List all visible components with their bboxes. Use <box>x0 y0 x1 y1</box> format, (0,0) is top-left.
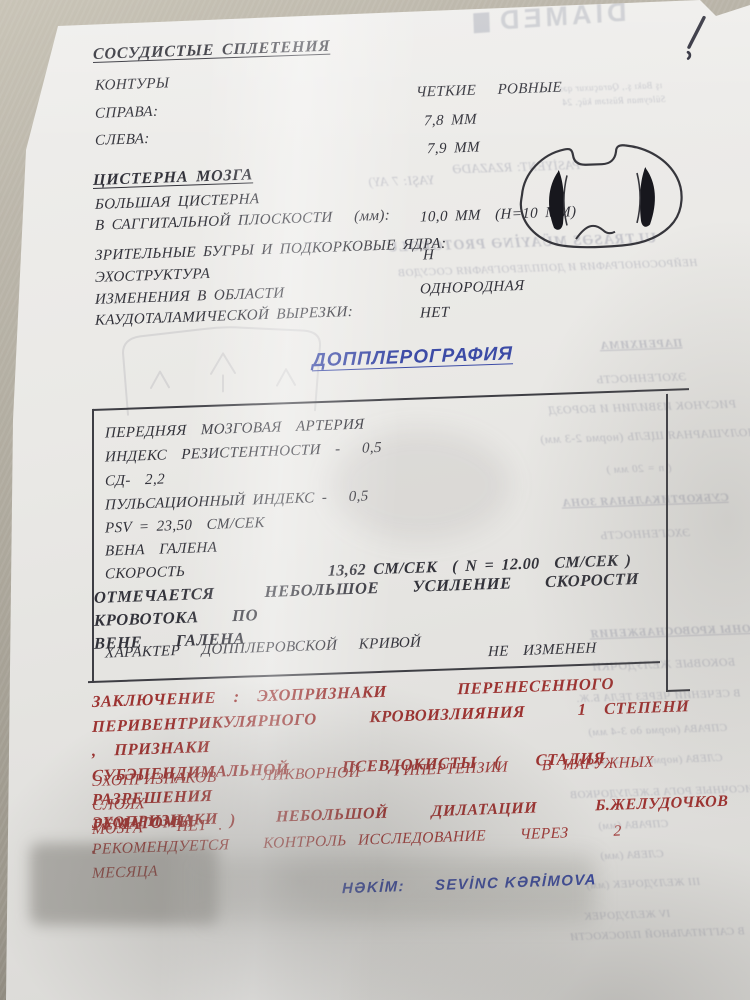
value-thalamus-nuclei: Н <box>423 245 434 266</box>
doppler-line-speed: СКОРОСТЬ <box>105 562 185 586</box>
label-left: СЛЕВА: <box>95 129 150 152</box>
label-large-cistern: БОЛЬШАЯ ЦИСТЕРНА В САГГИТАЛЬНОЙ ПЛОСКОСТ… <box>95 185 390 237</box>
value-right: 7,8 ММ <box>424 110 477 133</box>
label-thalamus-nuclei: ЗРИТЕЛЬНЫЕ БУГРЫ И ПОДКОРКОВЫЕ ЯДРА: <box>95 234 446 267</box>
table-border-right <box>666 394 668 692</box>
doppler-line-sd: СД- 2,2 <box>105 469 165 492</box>
value-echostructure: ОДНОРОДНАЯ <box>420 276 525 301</box>
label-right: СПРАВА: <box>95 102 158 125</box>
doppler-heading: ДОППЛЕРОГРАФИЯ <box>312 343 513 372</box>
doppler-curve-value: НЕ ИЗМЕНЕН <box>488 638 597 663</box>
diamed-logo-text: DIAMED <box>495 0 627 37</box>
label-contours: КОНТУРЫ <box>95 73 169 97</box>
brain-schematic-diagram <box>506 131 701 256</box>
bleedthrough-line: ış Bakı ş., Qaraçuxur qəs. <box>556 80 662 94</box>
handwritten-mark-1 <box>682 14 710 59</box>
bleedthrough-line: IV ЖЕЛУДОЧЕК <box>584 908 670 923</box>
bleedthrough-line: ЭХОГЕННОСТЬ <box>596 369 686 387</box>
doppler-line-psv: PSV = 23,50 СМ/СЕК <box>105 513 265 540</box>
photo-background: DIAMED ış Bakı ş., Qaraçuxur qəs. Süleym… <box>0 0 750 1000</box>
diamed-logo-mark-icon <box>474 12 491 33</box>
section-title-vascular-plexuses: СОСУДИСТЫЕ СПЛЕТЕНИЯ <box>93 36 330 65</box>
bleedthrough-line: В САГГИТАЛЬНОЙ ПЛОСКОСТИ <box>570 925 745 943</box>
bleedthrough-line: РИСУНОК ИЗВИЛИН И БОРОЗД <box>548 397 736 419</box>
bleedthrough-line: СУБКОРТИКАЛЬНАЯ ЗОНА <box>562 490 729 511</box>
label-echostructure: ЭХОСТРУКТУРА <box>95 264 210 289</box>
diamed-logo-bleedthrough: DIAMED <box>474 0 627 38</box>
document-content: DIAMED ış Bakı ş., Qaraçuxur qəs. Süleym… <box>0 0 750 1000</box>
value-contours: ЧЕТКИЕ РОВНЫЕ <box>416 78 562 104</box>
doctor-label: HƏKİM: <box>342 878 405 897</box>
bleedthrough-line: НЕЙРОСОНОГРАФИЯ И ДОППЛЕРОГРАФИЯ СОСУДОВ <box>398 257 697 279</box>
value-caudothalamic-notch: НЕТ <box>420 303 450 325</box>
bleedthrough-line: Süleyman Rüstəm küç. 24 <box>562 94 665 108</box>
bleedthrough-line: III ЖЕЛУДОЧЕК (мм) <box>586 876 700 892</box>
section-title-cistern: ЦИСТЕРНА МОЗГА <box>93 164 253 191</box>
bleedthrough-line: ЭХОГЕННОСТЬ <box>600 525 690 543</box>
doctor-name: SEVİNC KƏRİMOVA <box>435 871 597 894</box>
bleedthrough-line: ПАРЕНХИМА <box>600 335 683 353</box>
bleedthrough-line: ( n = 20 мм ) <box>606 462 672 476</box>
doppler-line-vein-of-galen: ВЕНА ГАЛЕНА <box>105 538 217 563</box>
document-paper: DIAMED ış Bakı ş., Qaraçuxur qəs. Süleym… <box>0 0 750 1000</box>
value-left: 7,9 ММ <box>427 137 480 160</box>
bleedthrough-line: МЕЖПОЛУШАРНАЯ ЩЕЛЬ (норма 2-3 мм) <box>540 424 750 448</box>
